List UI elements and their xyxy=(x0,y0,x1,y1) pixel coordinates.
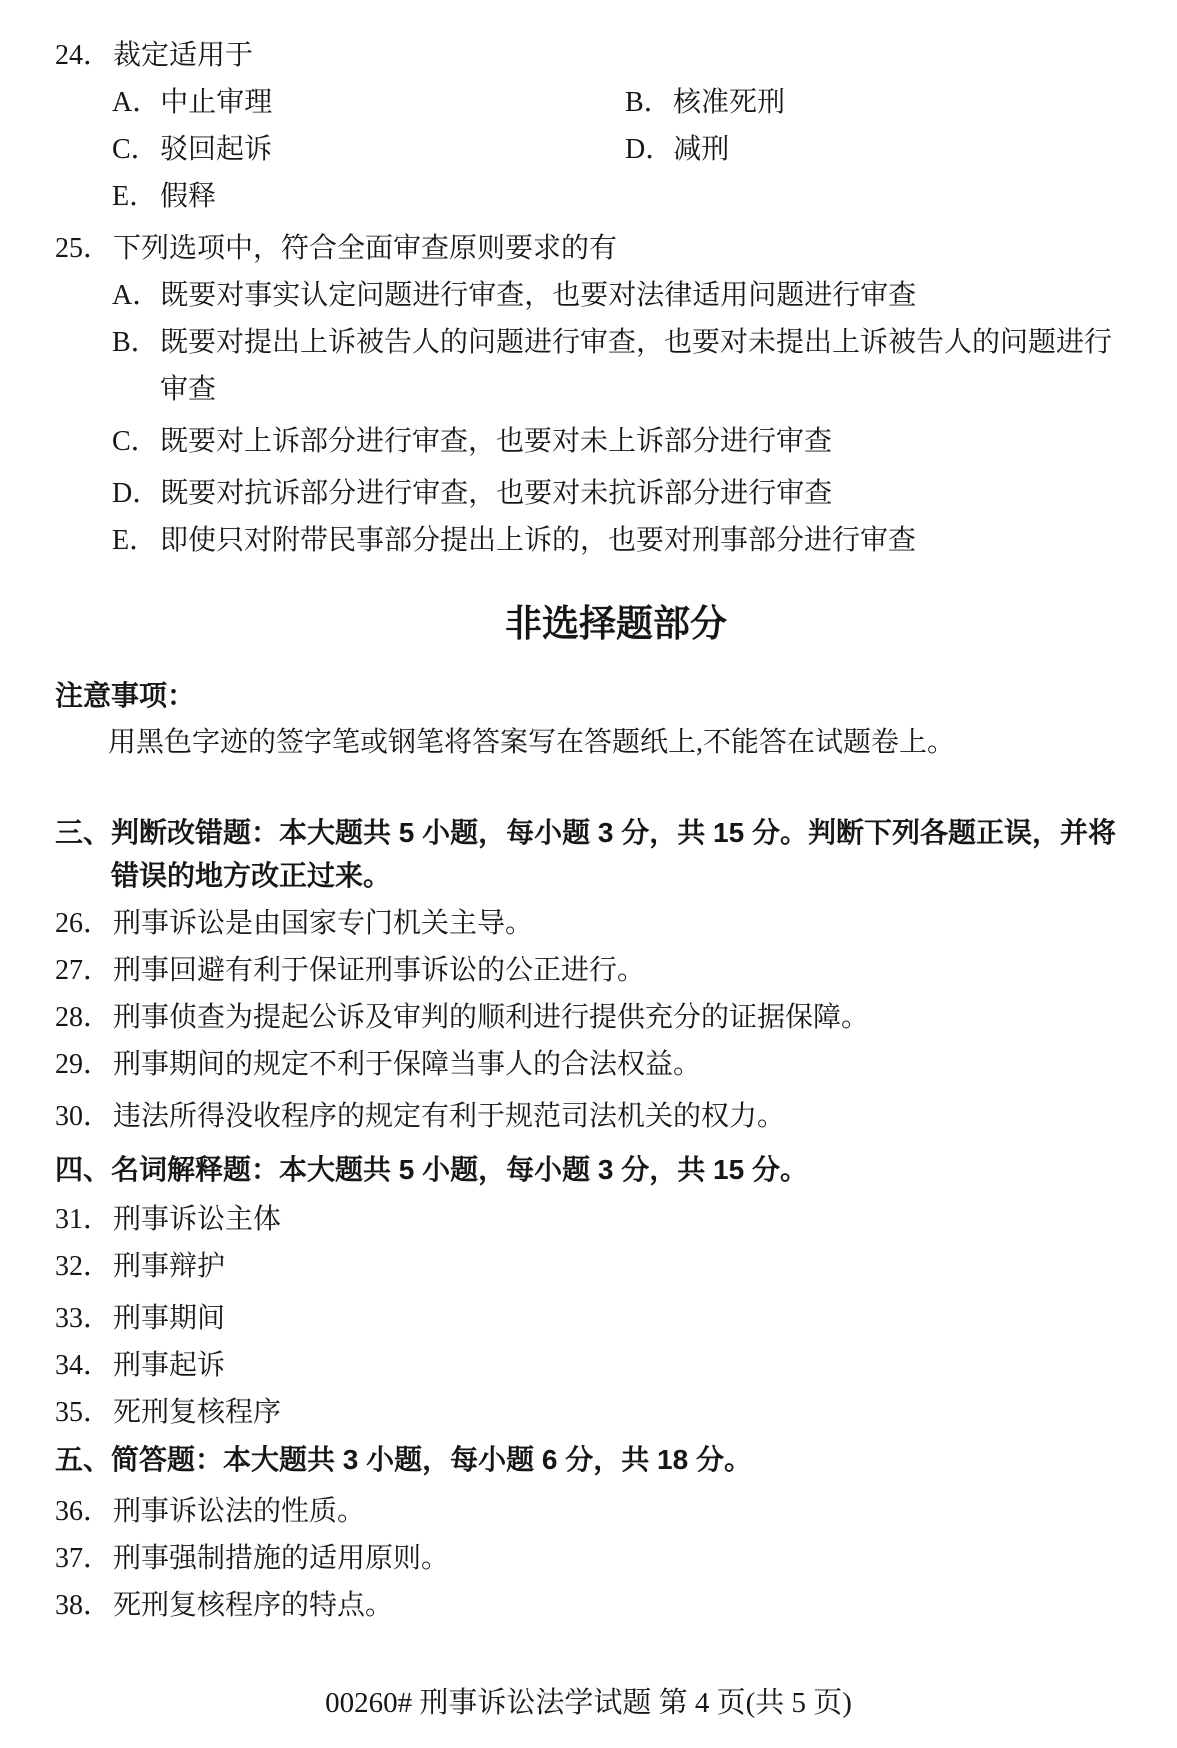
question-29: 29． 刑事期间的规定不利于保障当事人的合法权益。 xyxy=(55,1041,1125,1088)
question-number: 30． xyxy=(55,1093,113,1140)
question-24-text: 裁定适用于 xyxy=(113,32,253,79)
part-4-heading: 四、 名词解释题：本大题共 5 小题，每小题 3 分，共 15 分。 xyxy=(55,1146,1125,1193)
question-24-number: 24． xyxy=(55,32,113,79)
option-25-c: C． 既要对上诉部分进行审查，也要对未上诉部分进行审查 xyxy=(112,418,1125,465)
question-25: 25． 下列选项中，符合全面审查原则要求的有 xyxy=(55,225,1125,272)
question-32: 32． 刑事辩护 xyxy=(55,1243,1125,1290)
part-4-title: 名词解释题：本大题共 5 小题，每小题 3 分，共 15 分。 xyxy=(111,1146,808,1193)
question-38: 38． 死刑复核程序的特点。 xyxy=(55,1582,1125,1629)
option-text: 中止审理 xyxy=(160,79,625,126)
option-25-e: E． 即使只对附带民事部分提出上诉的，也要对刑事部分进行审查 xyxy=(112,517,1125,564)
option-text: 驳回起诉 xyxy=(160,126,625,173)
page-footer: 00260# 刑事诉讼法学试题 第 4 页(共 5 页) xyxy=(0,1680,1177,1726)
question-37: 37． 刑事强制措施的适用原则。 xyxy=(55,1535,1125,1582)
question-number: 33． xyxy=(55,1295,113,1342)
question-number: 27． xyxy=(55,947,113,994)
option-label: C． xyxy=(112,126,160,173)
part-3-number: 三、 xyxy=(55,811,111,897)
question-number: 35． xyxy=(55,1389,113,1436)
question-text: 刑事侦查为提起公诉及审判的顺利进行提供充分的证据保障。 xyxy=(113,994,869,1041)
question-34: 34． 刑事起诉 xyxy=(55,1342,1125,1389)
question-number: 38． xyxy=(55,1582,113,1629)
question-text: 死刑复核程序的特点。 xyxy=(113,1582,393,1629)
question-text: 刑事强制措施的适用原则。 xyxy=(113,1535,449,1582)
question-text: 刑事诉讼法的性质。 xyxy=(113,1488,365,1535)
notice-title: 注意事项： xyxy=(55,672,1125,719)
question-number: 37． xyxy=(55,1535,113,1582)
option-label: C． xyxy=(112,418,160,465)
option-label: E． xyxy=(112,517,160,564)
question-36: 36． 刑事诉讼法的性质。 xyxy=(55,1488,1125,1535)
option-24-d: D． 减刑 xyxy=(625,126,1125,173)
question-text: 刑事辩护 xyxy=(113,1243,225,1290)
option-25-a: A． 既要对事实认定问题进行审查，也要对法律适用问题进行审查 xyxy=(112,272,1125,319)
option-text: 减刑 xyxy=(673,126,1125,173)
option-label: B． xyxy=(112,319,160,413)
part-4-number: 四、 xyxy=(55,1146,111,1193)
option-label: A． xyxy=(112,79,160,126)
question-27: 27． 刑事回避有利于保证刑事诉讼的公正进行。 xyxy=(55,947,1125,994)
question-30: 30． 违法所得没收程序的规定有利于规范司法机关的权力。 xyxy=(55,1093,1125,1140)
question-text: 刑事期间的规定不利于保障当事人的合法权益。 xyxy=(113,1041,701,1088)
question-number: 28． xyxy=(55,994,113,1041)
option-text: 假释 xyxy=(160,173,625,220)
option-label: E． xyxy=(112,173,160,220)
question-28: 28． 刑事侦查为提起公诉及审判的顺利进行提供充分的证据保障。 xyxy=(55,994,1125,1041)
question-26: 26． 刑事诉讼是由国家专门机关主导。 xyxy=(55,900,1125,947)
question-text: 刑事回避有利于保证刑事诉讼的公正进行。 xyxy=(113,947,645,994)
question-text: 刑事诉讼主体 xyxy=(113,1196,281,1243)
question-number: 32． xyxy=(55,1243,113,1290)
part-5-heading: 五、 简答题：本大题共 3 小题，每小题 6 分，共 18 分。 xyxy=(55,1436,1125,1483)
section-header-non-multiple-choice: 非选择题部分 xyxy=(55,598,1177,650)
question-number: 36． xyxy=(55,1488,113,1535)
question-24: 24． 裁定适用于 xyxy=(55,32,1125,79)
exam-page: 24． 裁定适用于 A． 中止审理 B． 核准死刑 C． 驳回起诉 D． 减刑 … xyxy=(0,0,1177,1748)
question-text: 刑事期间 xyxy=(113,1295,225,1342)
question-number: 31． xyxy=(55,1196,113,1243)
option-24-e: E． 假释 xyxy=(112,173,625,220)
part-3-title: 判断改错题：本大题共 5 小题，每小题 3 分，共 15 分。判断下列各题正误，… xyxy=(111,811,1125,897)
question-24-options: A． 中止审理 B． 核准死刑 C． 驳回起诉 D． 减刑 E． 假释 xyxy=(55,79,1125,220)
question-text: 刑事起诉 xyxy=(113,1342,225,1389)
question-25-text: 下列选项中，符合全面审查原则要求的有 xyxy=(113,225,617,272)
option-label: B． xyxy=(625,79,673,126)
option-text: 既要对上诉部分进行审查，也要对未上诉部分进行审查 xyxy=(160,418,1125,465)
question-number: 34． xyxy=(55,1342,113,1389)
option-24-c: C． 驳回起诉 xyxy=(112,126,625,173)
option-text: 既要对提出上诉被告人的问题进行审查，也要对未提出上诉被告人的问题进行审查 xyxy=(160,319,1125,413)
option-text: 既要对事实认定问题进行审查，也要对法律适用问题进行审查 xyxy=(160,272,1125,319)
question-number: 26． xyxy=(55,900,113,947)
part-5-title: 简答题：本大题共 3 小题，每小题 6 分，共 18 分。 xyxy=(111,1436,752,1483)
question-number: 29． xyxy=(55,1041,113,1088)
question-25-number: 25． xyxy=(55,225,113,272)
question-text: 违法所得没收程序的规定有利于规范司法机关的权力。 xyxy=(113,1093,785,1140)
page-content: 24． 裁定适用于 A． 中止审理 B． 核准死刑 C． 驳回起诉 D． 减刑 … xyxy=(0,0,1177,1629)
question-25-options: A． 既要对事实认定问题进行审查，也要对法律适用问题进行审查 B． 既要对提出上… xyxy=(55,272,1125,564)
option-label: D． xyxy=(112,470,160,517)
question-31: 31． 刑事诉讼主体 xyxy=(55,1196,1125,1243)
notice-body: 用黑色字迹的签字笔或钢笔将答案写在答题纸上,不能答在试题卷上。 xyxy=(55,719,1125,766)
question-text: 刑事诉讼是由国家专门机关主导。 xyxy=(113,900,533,947)
option-label: D． xyxy=(625,126,673,173)
option-text: 即使只对附带民事部分提出上诉的，也要对刑事部分进行审查 xyxy=(160,517,1125,564)
option-label: A． xyxy=(112,272,160,319)
question-35: 35． 死刑复核程序 xyxy=(55,1389,1125,1436)
option-text: 既要对抗诉部分进行审查，也要对未抗诉部分进行审查 xyxy=(160,470,1125,517)
option-text: 核准死刑 xyxy=(673,79,1125,126)
part-3-heading: 三、 判断改错题：本大题共 5 小题，每小题 3 分，共 15 分。判断下列各题… xyxy=(55,811,1125,897)
question-33: 33． 刑事期间 xyxy=(55,1295,1125,1342)
option-24-a: A． 中止审理 xyxy=(112,79,625,126)
option-24-b: B． 核准死刑 xyxy=(625,79,1125,126)
question-text: 死刑复核程序 xyxy=(113,1389,281,1436)
part-5-number: 五、 xyxy=(55,1436,111,1483)
option-25-b: B． 既要对提出上诉被告人的问题进行审查，也要对未提出上诉被告人的问题进行审查 xyxy=(112,319,1125,413)
option-25-d: D． 既要对抗诉部分进行审查，也要对未抗诉部分进行审查 xyxy=(112,470,1125,517)
